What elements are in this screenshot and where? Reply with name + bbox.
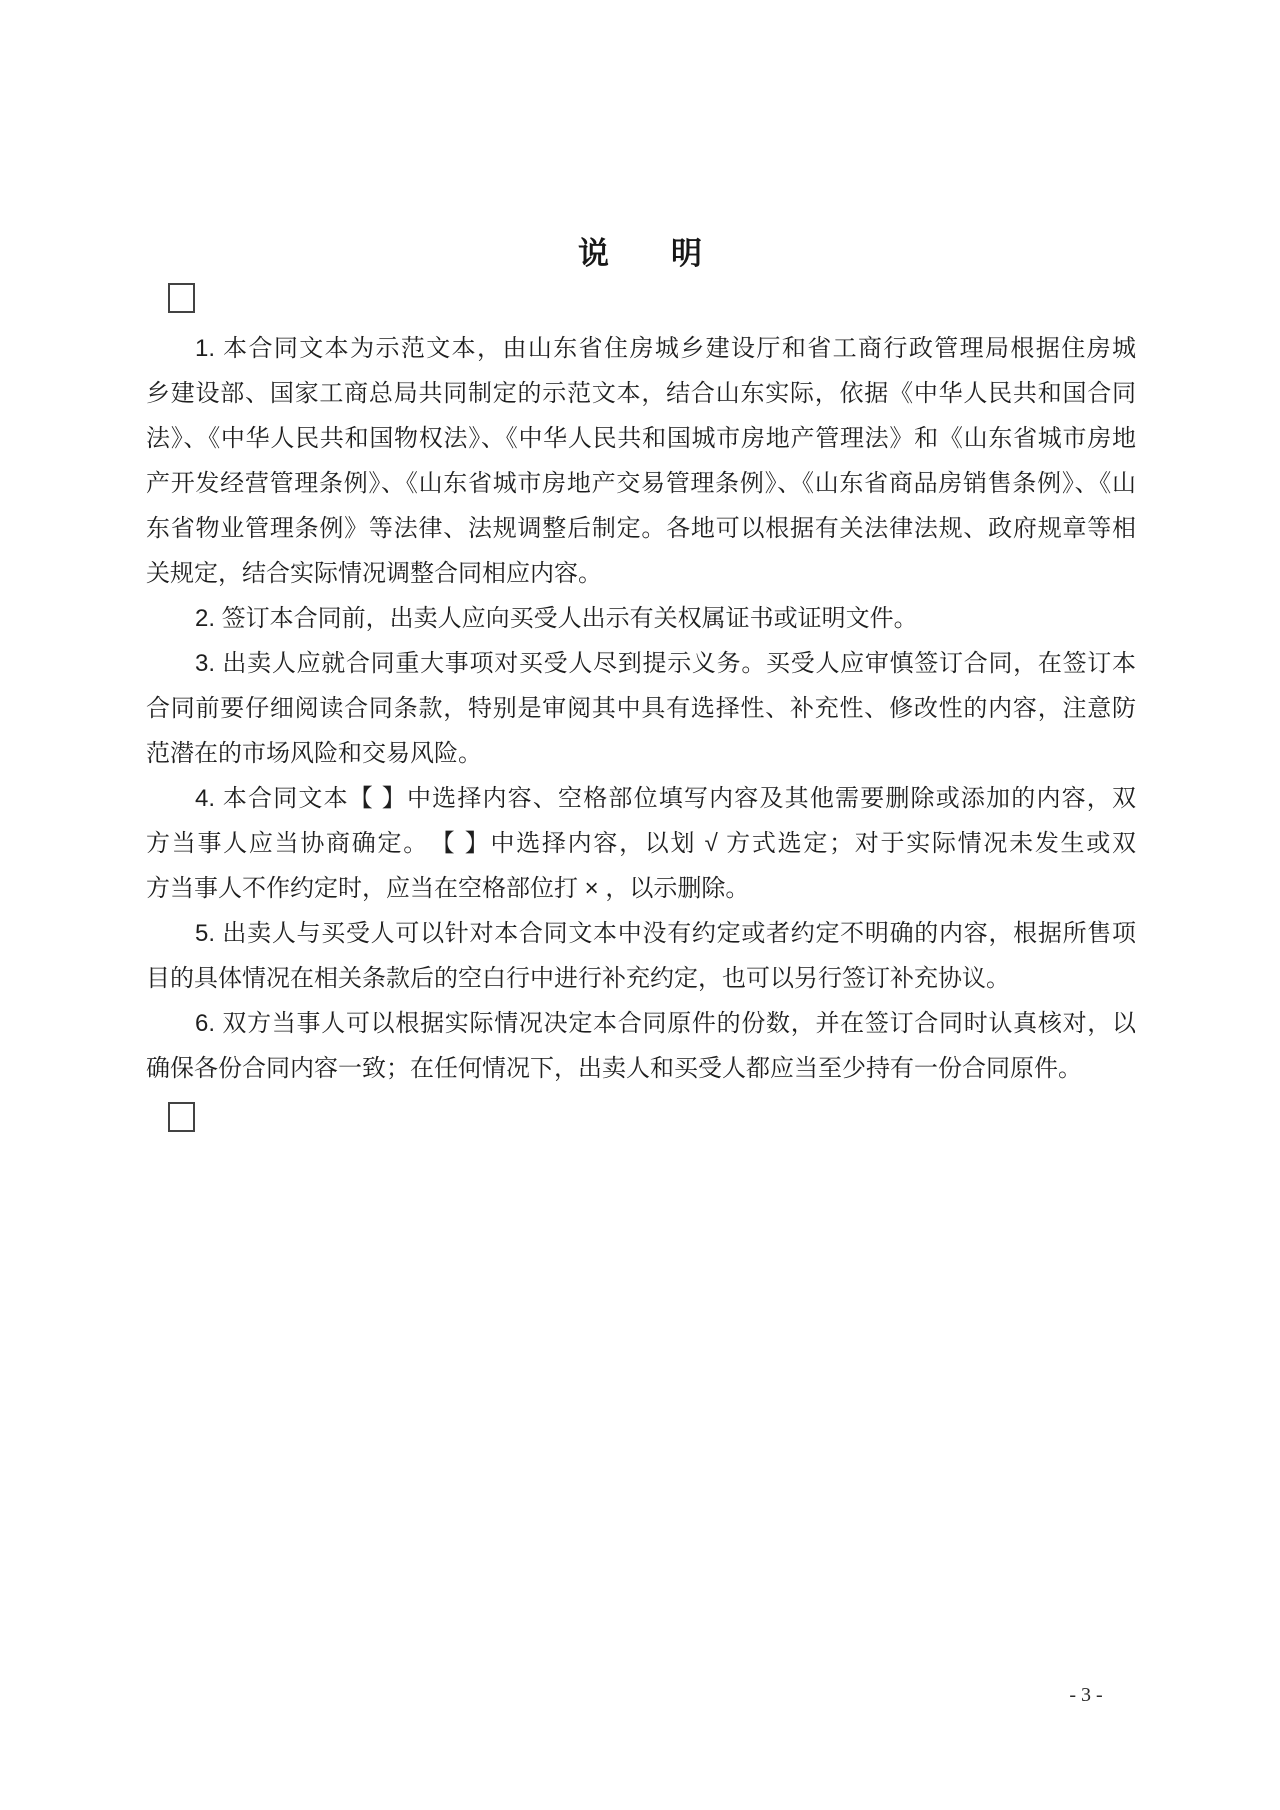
paragraph-line: 1. 本合同文本为示范文本，由山东省住房城乡建设厅和省工商行政管理局根据住房城 (146, 326, 1136, 371)
paragraph-line: 关规定，结合实际情况调整合同相应内容。 (146, 551, 1136, 596)
paragraph-line: 5. 出卖人与买受人可以针对本合同文本中没有约定或者约定不明确的内容，根据所售项 (146, 911, 1136, 956)
document-body: 1. 本合同文本为示范文本，由山东省住房城乡建设厅和省工商行政管理局根据住房城 … (146, 326, 1136, 1091)
paragraph-line: 合同前要仔细阅读合同条款，特别是审阅其中具有选择性、补充性、修改性的内容，注意防 (146, 686, 1136, 731)
paragraph-line: 方当事人不作约定时，应当在空格部位打 × ，以示删除。 (146, 866, 1136, 911)
document-page: 说 明 1. 本合同文本为示范文本，由山东省住房城乡建设厅和省工商行政管理局根据… (0, 0, 1280, 1810)
paragraph-line: 乡建设部、国家工商总局共同制定的示范文本，结合山东实际，依据《中华人民共和国合同 (146, 371, 1136, 416)
paragraph-line: 目的具体情况在相关条款后的空白行中进行补充约定，也可以另行签订补充协议。 (146, 956, 1136, 1001)
paragraph-line: 2. 签订本合同前，出卖人应向买受人出示有关权属证书或证明文件。 (146, 596, 1136, 641)
empty-placeholder-box-icon (168, 1102, 195, 1132)
paragraph-line: 产开发经营管理条例》、《山东省城市房地产交易管理条例》、《山东省商品房销售条例》… (146, 461, 1136, 506)
paragraph-line: 东省物业管理条例》等法律、法规调整后制定。各地可以根据有关法律法规、政府规章等相 (146, 506, 1136, 551)
paragraph-line: 法》、《中华人民共和国物权法》、《中华人民共和国城市房地产管理法》和《山东省城市… (146, 416, 1136, 461)
paragraph-line: 6. 双方当事人可以根据实际情况决定本合同原件的份数，并在签订合同时认真核对，以 (146, 1001, 1136, 1046)
paragraph-line: 3. 出卖人应就合同重大事项对买受人尽到提示义务。买受人应审慎签订合同，在签订本 (146, 641, 1136, 686)
page-number: - 3 - (1048, 1684, 1124, 1707)
paragraph-line: 4. 本合同文本【 】中选择内容、空格部位填写内容及其他需要删除或添加的内容，双 (146, 776, 1136, 821)
page-title: 说 明 (0, 228, 1280, 273)
paragraph-line: 确保各份合同内容一致；在任何情况下，出卖人和买受人都应当至少持有一份合同原件。 (146, 1046, 1136, 1091)
paragraph-line: 方当事人应当协商确定。 【 】中选择内容，以划 √ 方式选定；对于实际情况未发生… (146, 821, 1136, 866)
empty-placeholder-box-icon (168, 283, 195, 313)
paragraph-line: 范潜在的市场风险和交易风险。 (146, 731, 1136, 776)
